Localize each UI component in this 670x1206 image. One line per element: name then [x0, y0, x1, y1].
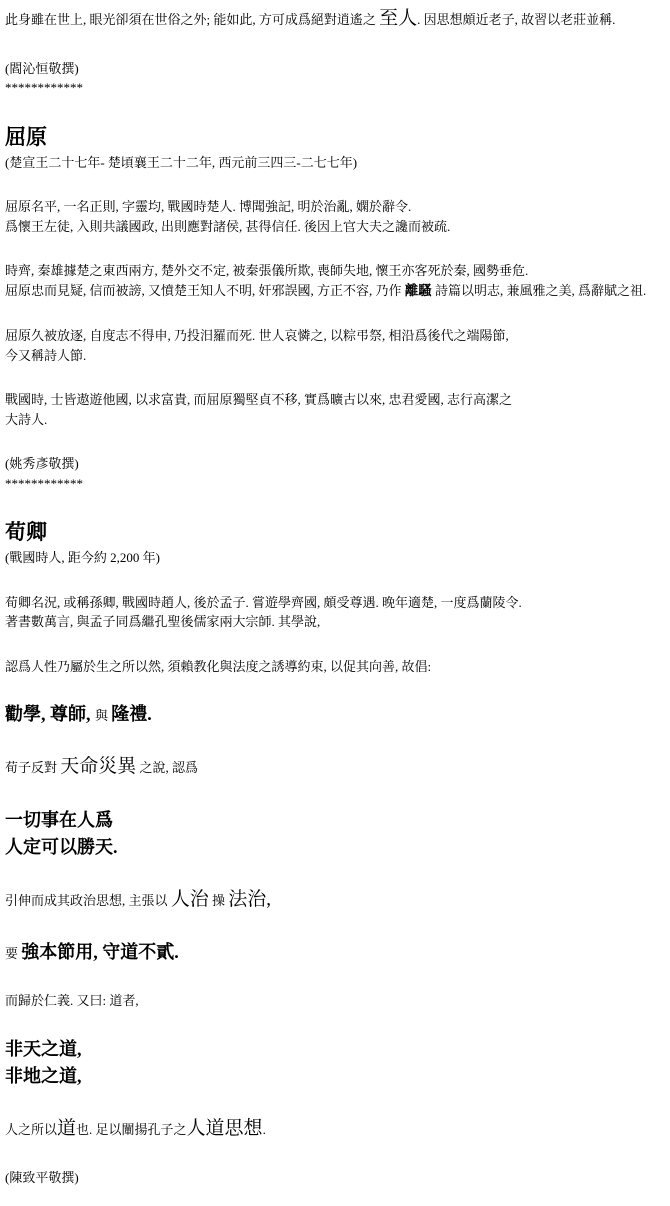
xunqing-politics: 引伸而成其政治思想, 主張以 人治 操 法治,: [5, 886, 668, 915]
text-segment: . 因思想頗近老子, 故習以老莊並稱.: [417, 12, 615, 27]
author-name: (陳致平敬撰): [5, 1170, 79, 1185]
quyuan-bio-3: 屈原久被放逐, 自度志不得申, 乃投汨羅而死. 世人哀憐之, 以粽弔祭, 相沿爲…: [5, 326, 668, 365]
text-segment: (戰國時人, 距今約 2,200 年): [5, 550, 160, 565]
emphasis-economy: 強本節用, 守道不貳.: [21, 942, 179, 962]
text-segment: 而歸於仁義. 又曰: 道者,: [5, 993, 139, 1008]
author-name: (姚秀彥敬撰): [5, 456, 79, 471]
emphasis-zhiren: 至人: [379, 8, 417, 29]
author-credit-3: (陳致平敬撰): [5, 1168, 668, 1188]
emphasis-renzhi: 人治: [171, 889, 209, 910]
text-segment: 認爲人性乃屬於生之所以然, 須賴教化與法度之誘導約束, 以促其向善, 故倡:: [5, 659, 431, 674]
section-heading-quyuan: 屈原: [5, 124, 668, 150]
text-segment: 引伸而成其政治思想, 主張以: [5, 893, 171, 908]
emphasis-lisao: 離騷: [405, 283, 432, 298]
section-heading-xunqing: 荀卿: [5, 519, 668, 545]
text-segment: 屈原名平, 一名正則, 字靈均, 戰國時楚人. 博聞強記, 明於治亂, 嫻於辭令…: [5, 199, 411, 214]
text-segment: 與: [95, 708, 111, 723]
text-segment: 爲懷王左徒, 入則共議國政, 出則應對諸侯, 甚得信任. 後因上官大夫之讒而被疏…: [5, 219, 450, 234]
text-segment: 人之所以: [5, 1122, 57, 1137]
quyuan-bio-4: 戰國時, 士皆遨遊他國, 以求富貴, 而屈原獨堅貞不移, 實爲曠古以來, 忠君愛…: [5, 390, 668, 429]
xunqing-bio-1: 荀卿名況, 或稱孫卿, 戰國時趙人, 後於孟子. 嘗遊學齊國, 頗受尊遇. 晚年…: [5, 593, 668, 632]
xunqing-teachings: 勸學, 尊師, 與 隆禮.: [5, 701, 668, 728]
xunqing-maxim: 一切事在人爲人定可以勝天.: [5, 807, 668, 861]
text-segment: 屈原久被放逐, 自度志不得申, 乃投汨羅而死. 世人哀憐之, 以粽弔祭, 相沿爲…: [5, 328, 509, 343]
xunqing-dao-lines: 非天之道,非地之道,: [5, 1036, 668, 1090]
text-segment: (楚宣王二十七年- 楚頃襄王二十二年, 西元前三四三-二七七年): [5, 155, 357, 170]
text-segment: 大詩人.: [5, 412, 47, 427]
intro-paragraph: 此身雖在世上, 眼光卻須在世俗之外; 能如此, 方可成爲絕對逍遙之 至人. 因思…: [5, 5, 668, 34]
quyuan-bio-1: 屈原名平, 一名正則, 字靈均, 戰國時楚人. 博聞強記, 明於治亂, 嫻於辭令…: [5, 197, 668, 236]
author-credit-2: (姚秀彥敬撰)************: [5, 454, 668, 493]
text-segment: 操: [209, 893, 229, 908]
emphasis-dao: 道: [57, 1118, 76, 1139]
document-body: 此身雖在世上, 眼光卻須在世俗之外; 能如此, 方可成爲絕對逍遙之 至人. 因思…: [0, 0, 670, 1206]
emphasis-tianming: 天命災異: [60, 756, 136, 777]
emphasis-teachings: 勸學, 尊師,: [5, 704, 95, 724]
text-segment: 荀卿名況, 或稱孫卿, 戰國時趙人, 後於孟子. 嘗遊學齊國, 頗受尊遇. 晚年…: [5, 595, 522, 610]
quyuan-bio-2: 時齊, 秦雄據楚之東西兩方, 楚外交不定, 被秦張儀所欺, 喪師失地, 懷王亦客…: [5, 261, 668, 301]
text-segment: 要: [5, 946, 21, 961]
emphasis-maxim-line: 人定可以勝天.: [5, 837, 118, 857]
emphasis-dao-line: 非地之道,: [5, 1066, 82, 1086]
text-segment: 戰國時, 士皆遨遊他國, 以求富貴, 而屈原獨堅貞不移, 實爲曠古以來, 忠君愛…: [5, 392, 512, 407]
xunqing-economy: 要 強本節用, 守道不貳.: [5, 939, 668, 966]
text-segment: 也. 足以闡揚孔子之: [76, 1122, 187, 1137]
emphasis-maxim-line: 一切事在人爲: [5, 810, 113, 830]
emphasis-rendao: 人道思想: [187, 1118, 263, 1139]
text-segment: 屈原忠而見疑, 信而被謗, 又憤楚王知人不明, 奸邪誤國, 方正不容, 乃作: [5, 283, 405, 298]
emphasis-dao-line: 非天之道,: [5, 1039, 82, 1059]
text-segment: 時齊, 秦雄據楚之東西兩方, 楚外交不定, 被秦張儀所欺, 喪師失地, 懷王亦客…: [5, 263, 528, 278]
xunqing-tianming: 荀子反對 天命災異 之說, 認爲: [5, 753, 668, 782]
text-segment: 詩篇以明志, 兼風雅之美, 爲辭賦之祖.: [432, 283, 647, 298]
author-credit-1: (閻沁恒敬撰)************: [5, 59, 668, 98]
separator-stars: ************: [5, 476, 83, 491]
text-segment: 此身雖在世上, 眼光卻須在世俗之外; 能如此, 方可成爲絕對逍遙之: [5, 12, 379, 27]
text-segment: .: [263, 1122, 266, 1137]
quyuan-dates: (楚宣王二十七年- 楚頃襄王二十二年, 西元前三四三-二七七年): [5, 153, 668, 173]
text-segment: 著書數萬言, 與孟子同爲繼孔聖後儒家兩大宗師. 其學說,: [5, 614, 320, 629]
xunqing-conclusion: 人之所以道也. 足以闡揚孔子之人道思想.: [5, 1115, 668, 1144]
xunqing-virtue: 而歸於仁義. 又曰: 道者,: [5, 991, 668, 1011]
separator-stars: ************: [5, 80, 83, 95]
emphasis-fazhi: 法治,: [228, 889, 271, 910]
xunqing-doctrine-intro: 認爲人性乃屬於生之所以然, 須賴教化與法度之誘導約束, 以促其向善, 故倡:: [5, 657, 668, 677]
text-segment: 荀子反對: [5, 760, 60, 775]
xunqing-dates: (戰國時人, 距今約 2,200 年): [5, 548, 668, 568]
emphasis-teachings: 隆禮.: [111, 704, 152, 724]
author-name: (閻沁恒敬撰): [5, 61, 79, 76]
text-segment: 今又稱詩人節.: [5, 348, 86, 363]
text-segment: 之說, 認爲: [136, 760, 198, 775]
